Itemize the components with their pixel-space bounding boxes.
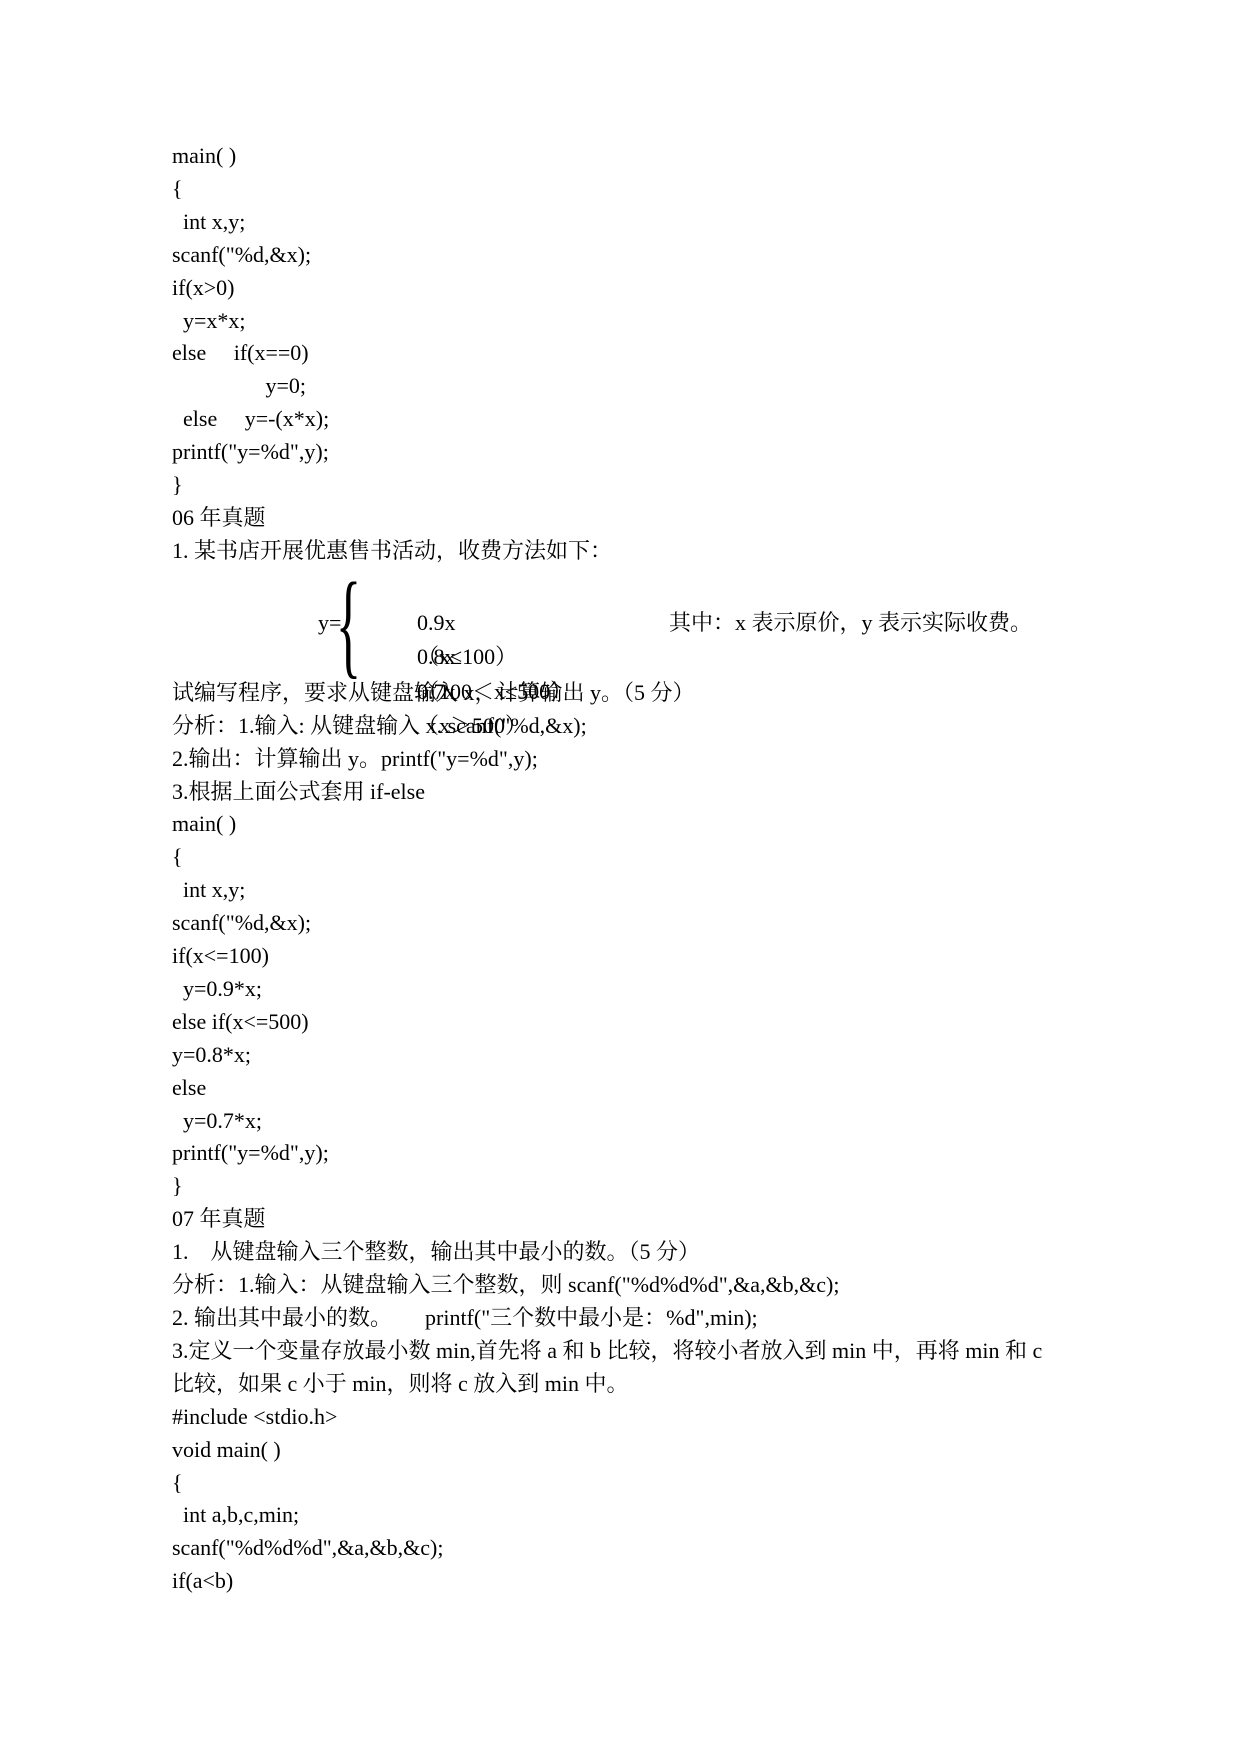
text-line: else xyxy=(172,1072,1081,1105)
section-06-body: 试编写程序，要求从键盘输入 x，计算输出 y。（5 分）分析：1.输入: 从键盘… xyxy=(172,677,1081,1204)
text-line: 2.输出：计算输出 y。printf("y=%d",y); xyxy=(172,743,1081,776)
section-06-heading: 06 年真题 xyxy=(172,502,1081,535)
text-line: 分析：1.输入: 从键盘输入 x. scanf("%d,&x); xyxy=(172,710,1081,743)
text-line: int a,b,c,min; xyxy=(172,1499,1081,1532)
formula-expression: 0.7x xyxy=(417,675,479,709)
text-line: 1. 从键盘输入三个整数，输出其中最小的数。（5 分） xyxy=(172,1236,1081,1269)
text-line: 分析：1.输入：从键盘输入三个整数，则 scanf("%d%d%d",&a,&b… xyxy=(172,1269,1081,1302)
text-line: printf("y=%d",y); xyxy=(172,1137,1081,1170)
piecewise-formula: y= { 0.9x （x≤100） 0.8x （100＜x≤500） 其中：x … xyxy=(172,572,1081,675)
formula-rows: 0.9x （x≤100） 0.8x （100＜x≤500） 其中：x 表示原价，… xyxy=(373,572,1081,675)
section-07-heading: 07 年真题 xyxy=(172,1203,1081,1236)
text-line: 试编写程序，要求从键盘输入 x，计算输出 y。（5 分） xyxy=(172,677,1081,710)
text-line: 2. 输出其中最小的数。 printf("三个数中最小是：%d",min); xyxy=(172,1302,1081,1335)
code-line: int x,y; xyxy=(172,206,1081,239)
text-line: 3.根据上面公式套用 if-else xyxy=(172,776,1081,809)
text-line: 3.定义一个变量存放最小数 min,首先将 a 和 b 比较，将较小者放入到 m… xyxy=(172,1335,1081,1368)
code-line: { xyxy=(172,173,1081,206)
text-line: void main( ) xyxy=(172,1434,1081,1467)
text-line: { xyxy=(172,841,1081,874)
text-line: else if(x<=500) xyxy=(172,1006,1081,1039)
text-line: scanf("%d,&x); xyxy=(172,907,1081,940)
code-line: else y=-(x*x); xyxy=(172,403,1081,436)
code-line: scanf("%d,&x); xyxy=(172,239,1081,272)
text-line: y=0.7*x; xyxy=(172,1105,1081,1138)
text-line: y=0.9*x; xyxy=(172,973,1081,1006)
text-line: { xyxy=(172,1467,1081,1500)
text-line: main( ) xyxy=(172,808,1081,841)
code-line: else if(x==0) xyxy=(172,337,1081,370)
text-line: int x,y; xyxy=(172,874,1081,907)
code-line: main( ) xyxy=(172,140,1081,173)
code-line: y=x*x; xyxy=(172,305,1081,338)
formula-condition: （x＞500） xyxy=(417,713,527,738)
exam05-code-block: main( ){ int x,y;scanf("%d,&x);if(x>0) y… xyxy=(172,140,1081,502)
text-line: if(a<b) xyxy=(172,1565,1081,1598)
formula-side-note: 其中：x 表示原价，y 表示实际收费。 xyxy=(669,606,1032,640)
code-line: if(x>0) xyxy=(172,272,1081,305)
text-line: scanf("%d%d%d",&a,&b,&c); xyxy=(172,1532,1081,1565)
formula-row: 0.8x （100＜x≤500） 其中：x 表示原价，y 表示实际收费。 xyxy=(373,606,1081,640)
formula-row: 0.7x （x＞500） xyxy=(373,640,1081,674)
text-line: if(x<=100) xyxy=(172,940,1081,973)
code-line: y=0; xyxy=(172,370,1081,403)
section-07-body: 1. 从键盘输入三个整数，输出其中最小的数。（5 分）分析：1.输入：从键盘输入… xyxy=(172,1236,1081,1598)
left-curly-brace: { xyxy=(336,572,359,675)
document-page: main( ){ int x,y;scanf("%d,&x);if(x>0) y… xyxy=(0,0,1241,1754)
text-line: #include <stdio.h> xyxy=(172,1401,1081,1434)
code-line: } xyxy=(172,469,1081,502)
text-line: 比较，如果 c 小于 min，则将 c 放入到 min 中。 xyxy=(172,1368,1081,1401)
code-line: printf("y=%d",y); xyxy=(172,436,1081,469)
formula-row: 0.9x （x≤100） xyxy=(373,572,1081,606)
text-line: y=0.8*x; xyxy=(172,1039,1081,1072)
text-line: } xyxy=(172,1170,1081,1203)
section-06-question: 1. 某书店开展优惠售书活动，收费方法如下： xyxy=(172,535,1081,568)
